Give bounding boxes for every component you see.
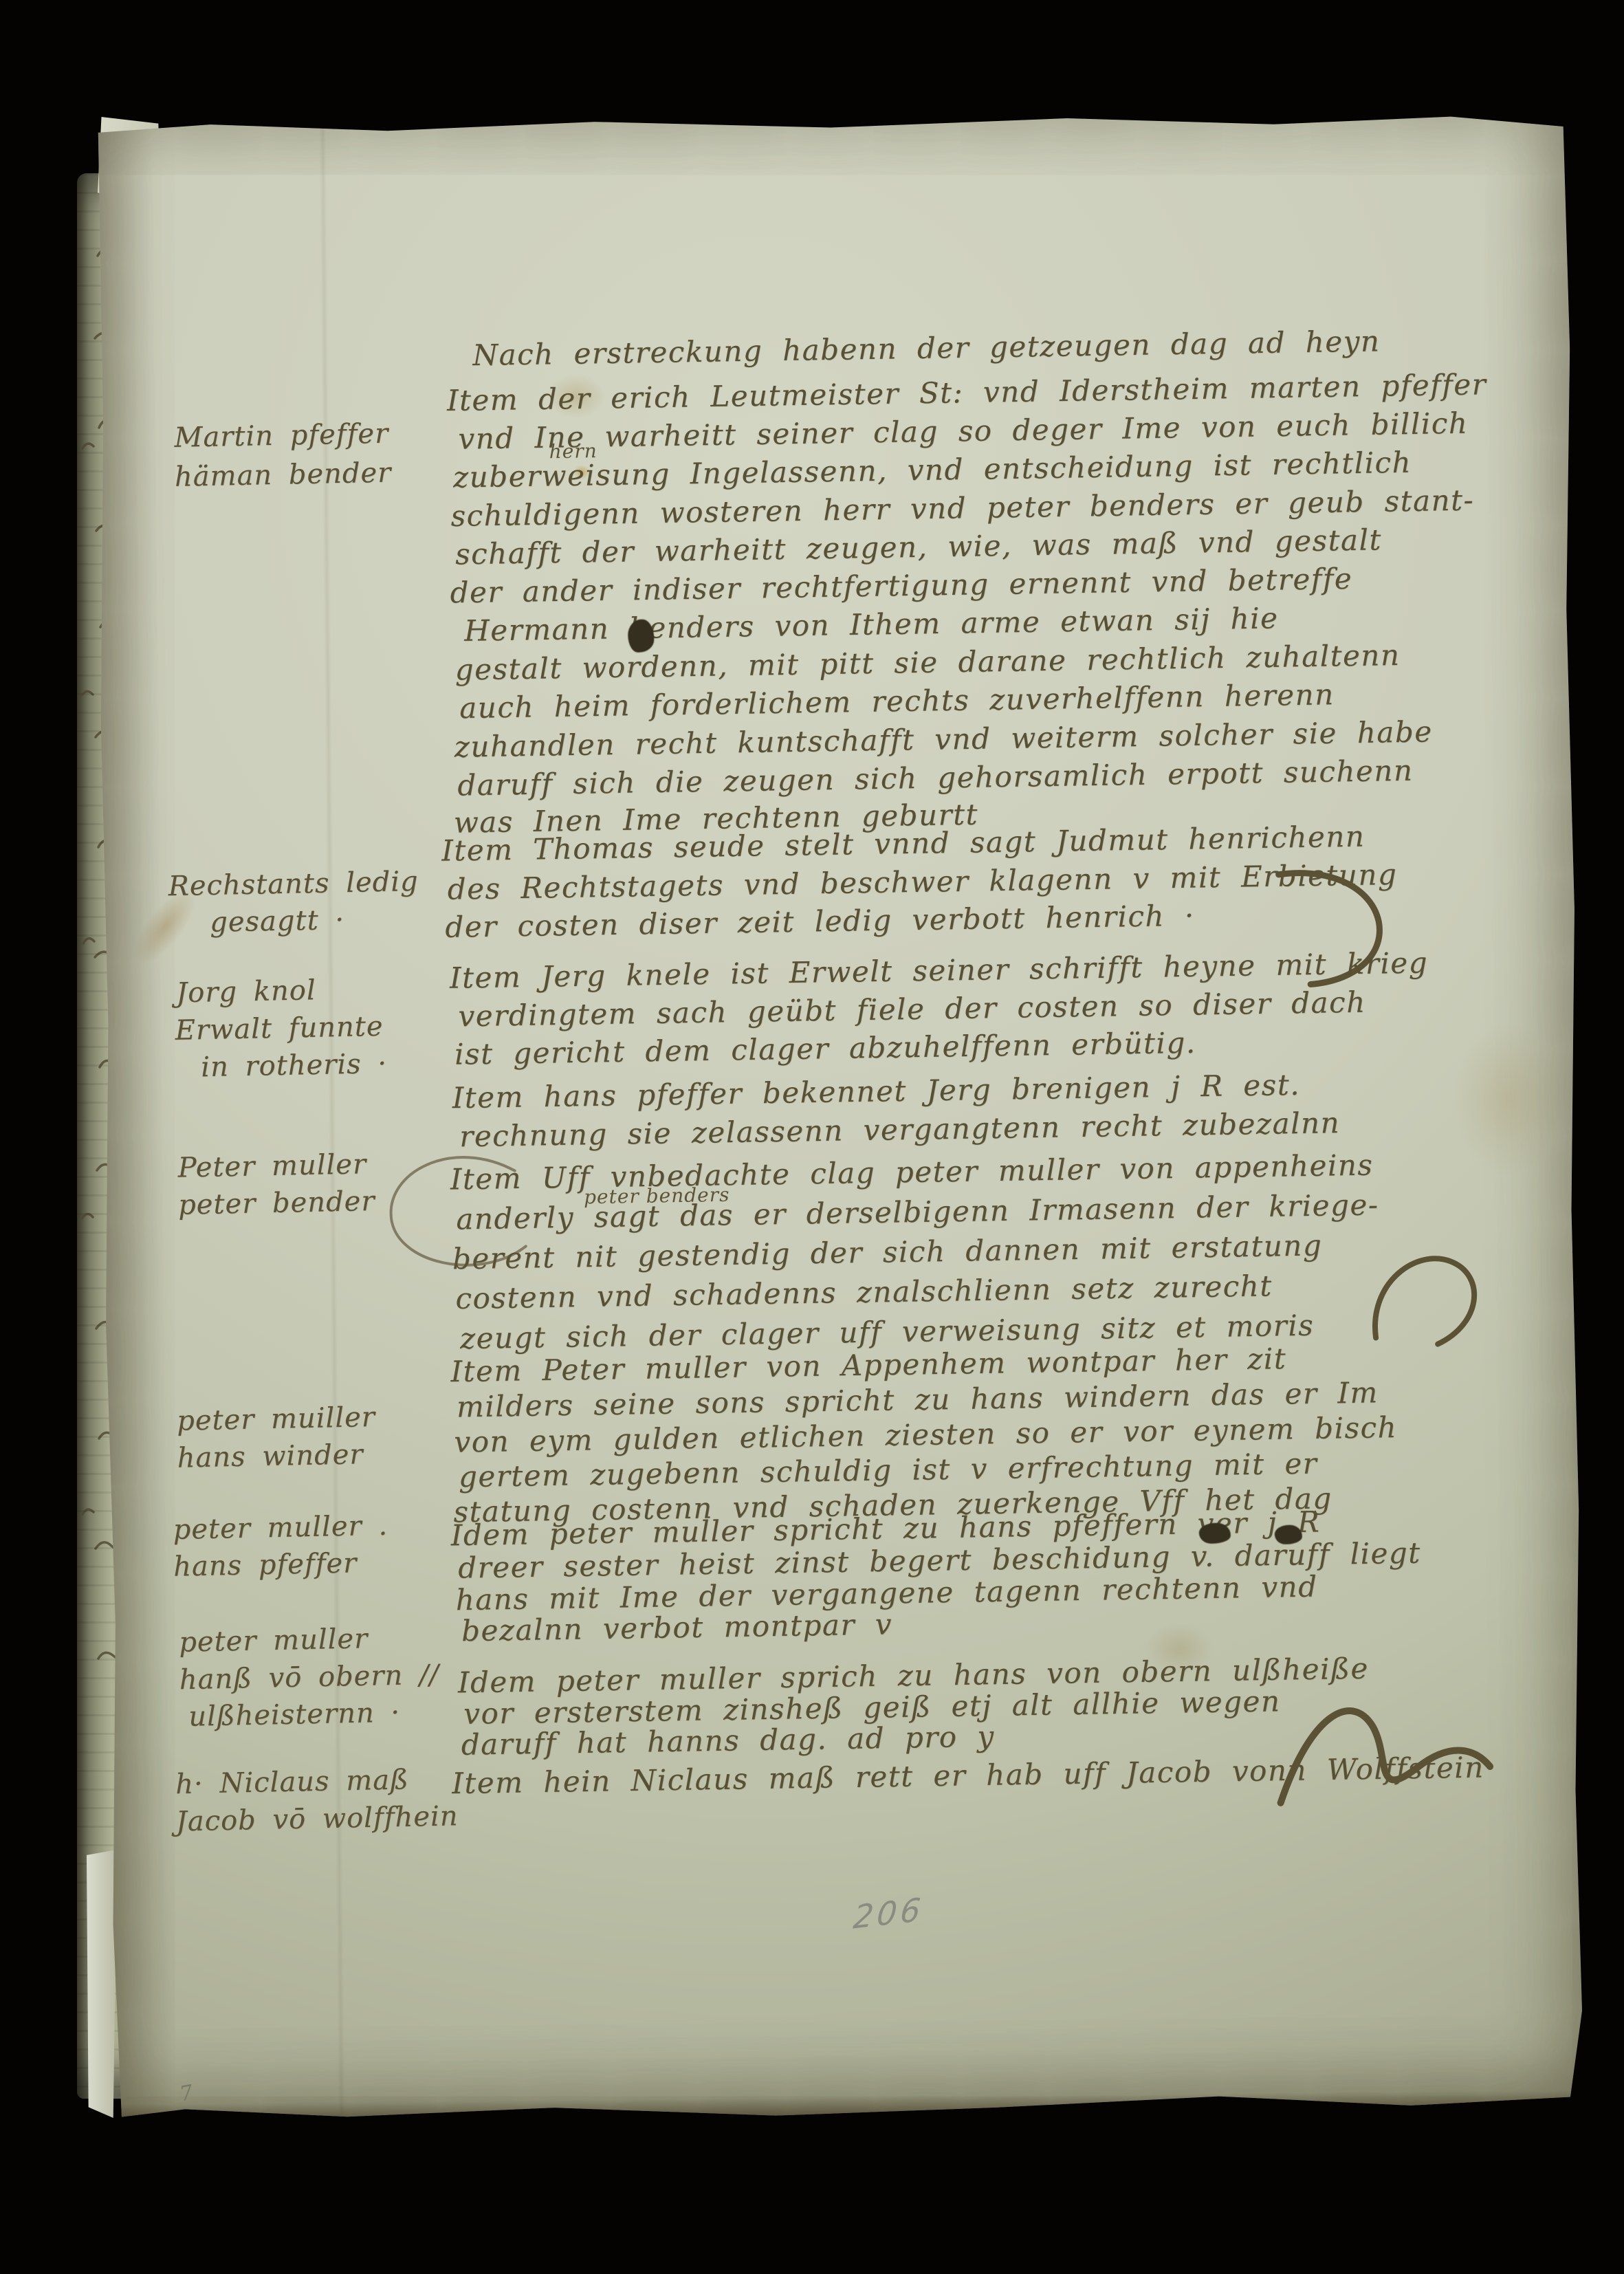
margin-note-line: Jacob vō wolffhein <box>175 1800 459 1837</box>
margin-note-line: Rechstants ledig <box>168 866 419 902</box>
text-line: berent nit gestendig der sich dannen mit… <box>452 1228 1323 1276</box>
margin-note-line: in rotheris · <box>201 1048 388 1083</box>
margin-note-line: Peter muller <box>177 1148 366 1183</box>
text-line: ist gericht dem clager abzuhelffenn erbü… <box>454 1026 1196 1071</box>
margin-note-line: Jorg knol <box>176 974 316 1009</box>
margin-note-line: peter muller <box>179 1623 369 1659</box>
margin-note-line: hans winder <box>177 1439 364 1474</box>
interlinear-insert: hern <box>549 439 597 463</box>
text-line: Hermann benders von Ithem arme etwan sij… <box>464 601 1279 648</box>
edge-browning-stain <box>1427 989 1588 1210</box>
ink-blot <box>1199 1523 1231 1544</box>
margin-note-line: hans pfeffer <box>173 1547 358 1582</box>
margin-note-line: peter bender <box>178 1185 375 1221</box>
text-line: der costen diser zeit ledig verbott henr… <box>445 899 1195 944</box>
underlying-page-foot <box>87 1850 117 2118</box>
margin-note-line: häman bender <box>175 457 392 493</box>
text-line: rechnung sie zelassenn vergangtenn recht… <box>459 1106 1341 1153</box>
bottom-edge-shade <box>111 2090 1588 2125</box>
page-number: 206 <box>852 1890 925 1936</box>
margin-note-line: peter muller . <box>173 1510 388 1546</box>
ink-blot <box>1275 1525 1302 1544</box>
header-line: Nach erstreckung habenn der getzeugen da… <box>472 324 1381 372</box>
margin-note-line: peter muiller <box>177 1401 376 1437</box>
margin-note-line: Martin pfeffer <box>174 418 389 454</box>
margin-note-line: Erwalt funnte <box>175 1011 384 1047</box>
pen-flourish <box>1361 1240 1500 1359</box>
margin-note-line: hanß vō obern // <box>179 1659 439 1696</box>
margin-note-line: gesagtt · <box>210 904 345 939</box>
margin-note-line: ulßheisternn · <box>188 1697 401 1733</box>
photograph-background: Nach erstreckung habenn der getzeugen da… <box>0 0 1624 2274</box>
manuscript-page: Nach erstreckung habenn der getzeugen da… <box>92 109 1588 2125</box>
text-line: costenn vnd schadenns znalschlienn setz … <box>455 1269 1273 1315</box>
ink-blot <box>628 620 654 653</box>
margin-note-line: h· Niclaus maß <box>175 1764 409 1800</box>
text-line: bezalnn verbot montpar v <box>461 1607 893 1648</box>
corner-mark: 7 <box>178 2081 195 2107</box>
